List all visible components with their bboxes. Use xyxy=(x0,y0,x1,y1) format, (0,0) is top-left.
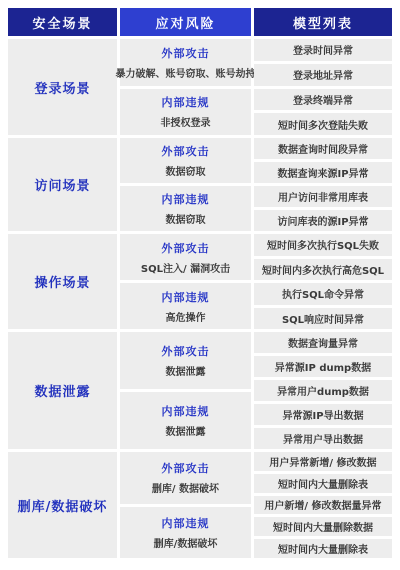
risk-detail-text: 数据窃取 xyxy=(166,211,206,226)
section-operation: 操作场景 外部攻击 SQL注入/ 漏洞攻击 内部违规 高危操作 短时间多次执行S… xyxy=(8,234,392,329)
section-db-destruction: 删库/数据破坏 外部攻击 删库/ 数据破坏 内部违规 删库/数据破坏 用户异常新… xyxy=(8,452,392,558)
risk-detail-text: 删库/数据破坏 xyxy=(154,535,218,550)
risk-detail-text: 数据窃取 xyxy=(166,163,206,178)
risk-group-internal: 内部违规 非授权登录 xyxy=(120,89,251,136)
risk-category-label: 外部攻击 xyxy=(162,240,210,256)
scenario-label: 删库/数据破坏 xyxy=(8,452,117,558)
model-item: 用户新增/ 修改数据量异常 xyxy=(254,496,392,515)
col-header-models: 模型列表 xyxy=(254,8,392,36)
scenario-label: 操作场景 xyxy=(8,234,117,329)
risk-category-label: 内部违规 xyxy=(162,289,210,305)
risk-category-label: 外部攻击 xyxy=(162,45,210,61)
risk-category-label: 外部攻击 xyxy=(162,460,210,476)
risk-group-external: 外部攻击 数据泄露 xyxy=(120,332,251,389)
model-item: 用户异常新增/ 修改数据 xyxy=(254,452,392,471)
risk-category-label: 内部违规 xyxy=(162,515,210,531)
model-item: SQL响应时间异常 xyxy=(254,308,392,330)
risk-detail-text: SQL注入/ 漏洞攻击 xyxy=(141,260,230,275)
risk-group-external: 外部攻击 SQL注入/ 漏洞攻击 xyxy=(120,234,251,280)
section-access: 访问场景 外部攻击 数据窃取 内部违规 数据窃取 数据查询时间段异常 数据查询来… xyxy=(8,138,392,231)
model-item: 短时间多次登陆失败 xyxy=(254,113,392,135)
risk-detail-text: 非授权登录 xyxy=(161,114,211,129)
model-item: 数据查询来源IP异常 xyxy=(254,162,392,183)
scenario-label: 访问场景 xyxy=(8,138,117,231)
section-data-leak: 数据泄露 外部攻击 数据泄露 内部违规 数据泄露 数据查询量异常 异常源IP d… xyxy=(8,332,392,449)
risk-category-label: 内部违规 xyxy=(162,191,210,207)
scenario-label: 登录场景 xyxy=(8,39,117,135)
risk-category-label: 内部违规 xyxy=(162,403,210,419)
risk-group-internal: 内部违规 数据泄露 xyxy=(120,392,251,449)
table-header-row: 安全场景 应对风险 模型列表 xyxy=(8,8,392,36)
risk-column: 外部攻击 数据窃取 内部违规 数据窃取 xyxy=(120,138,251,231)
model-item: 访问库表的源IP异常 xyxy=(254,210,392,231)
model-item: 执行SQL命令异常 xyxy=(254,283,392,305)
model-item: 短时间内大量删除表 xyxy=(254,474,392,493)
risk-detail-text: 数据泄露 xyxy=(166,423,206,438)
risk-detail-text: 暴力破解、账号窃取、账号劫持 xyxy=(116,65,256,80)
model-column: 短时间多次执行SQL失败 短时间内多次执行高危SQL 执行SQL命令异常 SQL… xyxy=(254,234,392,329)
model-column: 登录时间异常 登录地址异常 登录终端异常 短时间多次登陆失败 xyxy=(254,39,392,135)
risk-category-label: 外部攻击 xyxy=(162,143,210,159)
risk-group-internal: 内部违规 高危操作 xyxy=(120,283,251,329)
model-item: 登录时间异常 xyxy=(254,39,392,61)
risk-column: 外部攻击 SQL注入/ 漏洞攻击 内部违规 高危操作 xyxy=(120,234,251,329)
model-column: 数据查询量异常 异常源IP dump数据 异常用户dump数据 异常源IP导出数… xyxy=(254,332,392,449)
security-model-table: 安全场景 应对风险 模型列表 登录场景 外部攻击 暴力破解、账号窃取、账号劫持 … xyxy=(8,8,392,558)
model-item: 登录地址异常 xyxy=(254,64,392,86)
risk-detail-text: 删库/ 数据破坏 xyxy=(152,480,219,495)
model-item: 短时间内大量删除数据 xyxy=(254,517,392,536)
model-item: 用户访问非常用库表 xyxy=(254,186,392,207)
model-item: 异常用户导出数据 xyxy=(254,428,392,449)
model-item: 短时间多次执行SQL失败 xyxy=(254,234,392,256)
risk-category-label: 内部违规 xyxy=(162,94,210,110)
risk-column: 外部攻击 暴力破解、账号窃取、账号劫持 内部违规 非授权登录 xyxy=(120,39,251,135)
model-column: 用户异常新增/ 修改数据 短时间内大量删除表 用户新增/ 修改数据量异常 短时间… xyxy=(254,452,392,558)
model-item: 异常源IP dump数据 xyxy=(254,356,392,377)
section-login: 登录场景 外部攻击 暴力破解、账号窃取、账号劫持 内部违规 非授权登录 登录时间… xyxy=(8,39,392,135)
model-item: 异常用户dump数据 xyxy=(254,380,392,401)
scenario-label: 数据泄露 xyxy=(8,332,117,449)
risk-category-label: 外部攻击 xyxy=(162,343,210,359)
col-header-risk: 应对风险 xyxy=(120,8,251,36)
model-item: 异常源IP导出数据 xyxy=(254,404,392,425)
risk-group-external: 外部攻击 数据窃取 xyxy=(120,138,251,183)
model-item: 短时间内多次执行高危SQL xyxy=(254,259,392,281)
model-item: 短时间内大量删除表 xyxy=(254,539,392,558)
risk-group-internal: 内部违规 删库/数据破坏 xyxy=(120,507,251,559)
model-item: 登录终端异常 xyxy=(254,89,392,111)
risk-group-internal: 内部违规 数据窃取 xyxy=(120,186,251,231)
risk-column: 外部攻击 数据泄露 内部违规 数据泄露 xyxy=(120,332,251,449)
risk-detail-text: 数据泄露 xyxy=(166,363,206,378)
risk-column: 外部攻击 删库/ 数据破坏 内部违规 删库/数据破坏 xyxy=(120,452,251,558)
risk-detail-text: 高危操作 xyxy=(166,309,206,324)
risk-group-external: 外部攻击 暴力破解、账号窃取、账号劫持 xyxy=(120,39,251,86)
col-header-scenario: 安全场景 xyxy=(8,8,117,36)
model-item: 数据查询量异常 xyxy=(254,332,392,353)
model-column: 数据查询时间段异常 数据查询来源IP异常 用户访问非常用库表 访问库表的源IP异… xyxy=(254,138,392,231)
risk-group-external: 外部攻击 删库/ 数据破坏 xyxy=(120,452,251,504)
model-item: 数据查询时间段异常 xyxy=(254,138,392,159)
